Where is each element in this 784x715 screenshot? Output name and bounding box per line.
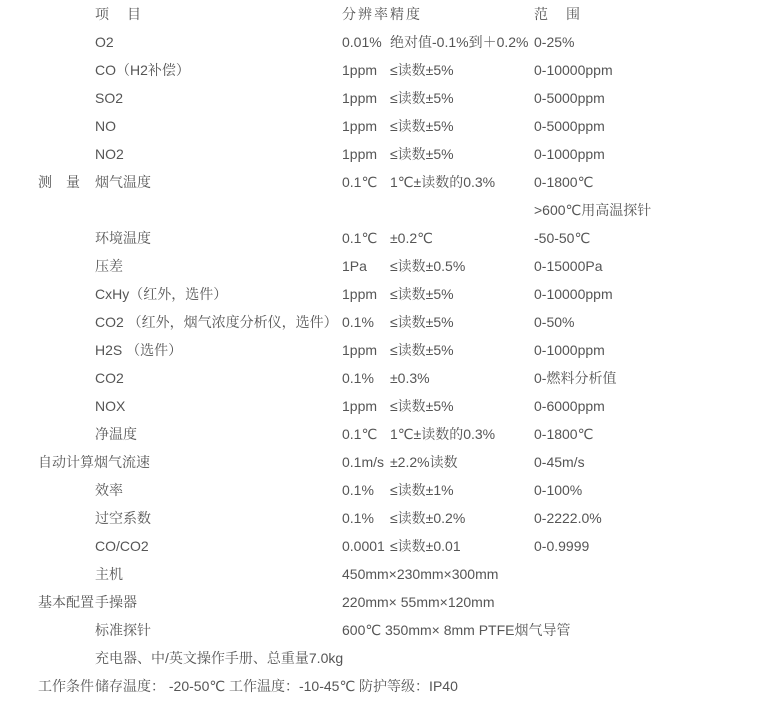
resolution-cell xyxy=(342,196,390,224)
table-row: NO 1ppm ≤读数±5% 0-5000ppm xyxy=(38,112,774,140)
config-item-cell: 手操器 xyxy=(95,588,342,616)
accuracy-cell: 绝对值-0.1%到＋0.2% xyxy=(390,28,534,56)
group-label-cell xyxy=(38,28,95,56)
item-cell: SO2 xyxy=(95,84,342,112)
table-row: 过空系数 0.1% ≤读数±0.2% 0-2222.0% xyxy=(38,504,774,532)
resolution-cell: 0.1m/s xyxy=(342,448,390,476)
item-cell: CxHy（红外，选件） xyxy=(95,280,342,308)
group-label-cell xyxy=(38,140,95,168)
range-cell: 0-15000Pa xyxy=(534,252,774,280)
range-cell: 0-1000ppm xyxy=(534,336,774,364)
range-cell: 0-10000ppm xyxy=(534,280,774,308)
accuracy-cell: ≤读数±5% xyxy=(390,336,534,364)
group-label-basic-config: 基本配置 xyxy=(38,560,95,644)
group-label-working-conditions: 工作条件 xyxy=(38,672,95,700)
config-value-cell: 450mm×230mm×300mm xyxy=(342,560,774,588)
group-label-cell xyxy=(38,224,95,252)
resolution-cell: 0.1% xyxy=(342,364,390,392)
resolution-cell: 0.0001 xyxy=(342,532,390,560)
item-cell: 净温度 xyxy=(95,420,342,448)
config-row: 基本配置 主机 450mm×230mm×300mm xyxy=(38,560,774,588)
item-cell xyxy=(95,196,342,224)
range-cell: 0-45m/s xyxy=(534,448,774,476)
group-label-cell xyxy=(38,0,95,28)
table-row: 环境温度 0.1℃ ±0.2℃ -50-50℃ xyxy=(38,224,774,252)
range-cell: 0-5000ppm xyxy=(534,112,774,140)
group-label-cell xyxy=(38,364,95,392)
range-cell: 0-100% xyxy=(534,476,774,504)
table-row: O2 0.01% 绝对值-0.1%到＋0.2% 0-25% xyxy=(38,28,774,56)
group-label-cell xyxy=(38,476,95,504)
resolution-cell: 0.1℃ xyxy=(342,420,390,448)
table-row: H2S （选件） 1ppm ≤读数±5% 0-1000ppm xyxy=(38,336,774,364)
header-row: 项 目 分辨率 精度 范 围 xyxy=(38,0,774,28)
group-label-cell xyxy=(38,56,95,84)
table-row: CO/CO2 0.0001 ≤读数±0.01 0-0.9999 xyxy=(38,532,774,560)
range-cell: 0-5000ppm xyxy=(534,84,774,112)
resolution-cell: 0.01% xyxy=(342,28,390,56)
table-row: NOX 1ppm ≤读数±5% 0-6000ppm xyxy=(38,392,774,420)
computed-flow-label: 自动计算烟气流速 xyxy=(38,448,342,476)
table-row: NO2 1ppm ≤读数±5% 0-1000ppm xyxy=(38,140,774,168)
config-value-cell: 600℃ 350mm× 8mm PTFE烟气导管 xyxy=(342,616,774,644)
group-label-cell xyxy=(38,392,95,420)
accuracy-cell: ≤读数±5% xyxy=(390,112,534,140)
range-cell: 0-2222.0% xyxy=(534,504,774,532)
table-row: CxHy（红外，选件） 1ppm ≤读数±5% 0-10000ppm xyxy=(38,280,774,308)
group-label-cell xyxy=(38,280,95,308)
table-row: CO2 （红外，烟气浓度分析仪，选件） 0.1% ≤读数±5% 0-50% xyxy=(38,308,774,336)
range-cell: >600℃用高温探针 xyxy=(534,196,774,224)
computed-flow-row: 自动计算烟气流速 0.1m/s ±2.2%读数 0-45m/s xyxy=(38,448,774,476)
accuracy-cell: ≤读数±1% xyxy=(390,476,534,504)
table-row: >600℃用高温探针 xyxy=(38,196,774,224)
resolution-cell: 0.1℃ xyxy=(342,224,390,252)
accuracy-cell: ≤读数±0.5% xyxy=(390,252,534,280)
resolution-cell: 1Pa xyxy=(342,252,390,280)
item-cell: 效率 xyxy=(95,476,342,504)
range-cell: 0-0.9999 xyxy=(534,532,774,560)
group-label-measurement: 测 量 xyxy=(38,168,95,196)
item-cell: CO2 xyxy=(95,364,342,392)
group-label-cell xyxy=(38,532,95,560)
resolution-cell: 1ppm xyxy=(342,84,390,112)
accuracy-cell: ±2.2%读数 xyxy=(390,448,534,476)
resolution-cell: 1ppm xyxy=(342,56,390,84)
item-cell: H2S （选件） xyxy=(95,336,342,364)
resolution-cell: 0.1% xyxy=(342,504,390,532)
range-cell: 0-1000ppm xyxy=(534,140,774,168)
table-row: 测 量 烟气温度 0.1℃ 1℃±读数的0.3% 0-1800℃ xyxy=(38,168,774,196)
accuracy-cell: ≤读数±5% xyxy=(390,308,534,336)
table-row: CO2 0.1% ±0.3% 0-燃料分析值 xyxy=(38,364,774,392)
item-cell: O2 xyxy=(95,28,342,56)
accuracy-cell: 1℃±读数的0.3% xyxy=(390,420,534,448)
resolution-cell: 1ppm xyxy=(342,140,390,168)
resolution-cell: 1ppm xyxy=(342,392,390,420)
item-cell: CO2 （红外，烟气浓度分析仪，选件） xyxy=(95,308,342,336)
accuracy-cell: 1℃±读数的0.3% xyxy=(390,168,534,196)
item-cell: CO/CO2 xyxy=(95,532,342,560)
item-cell: 环境温度 xyxy=(95,224,342,252)
group-label-cell xyxy=(38,84,95,112)
working-conditions-cell: 储存温度： -20-50℃ 工作温度：-10-45℃ 防护等级：IP40 xyxy=(95,672,774,700)
range-cell: 0-1800℃ xyxy=(534,420,774,448)
range-cell: 0-25% xyxy=(534,28,774,56)
range-cell: 0-6000ppm xyxy=(534,392,774,420)
resolution-cell: 0.1% xyxy=(342,308,390,336)
accessories-row: 充电器、中/英文操作手册、总重量7.0kg xyxy=(38,644,774,672)
group-label-cell xyxy=(38,308,95,336)
config-value-cell: 220mm× 55mm×120mm xyxy=(342,588,774,616)
accuracy-cell: ±0.3% xyxy=(390,364,534,392)
config-item-cell: 标准探针 xyxy=(95,616,342,644)
accuracy-cell: ±0.2℃ xyxy=(390,224,534,252)
group-label-cell xyxy=(38,252,95,280)
table-row: 净温度 0.1℃ 1℃±读数的0.3% 0-1800℃ xyxy=(38,420,774,448)
group-label-cell xyxy=(38,504,95,532)
range-cell: -50-50℃ xyxy=(534,224,774,252)
accuracy-cell: ≤读数±0.2% xyxy=(390,504,534,532)
resolution-cell: 1ppm xyxy=(342,336,390,364)
range-cell: 0-50% xyxy=(534,308,774,336)
accuracy-cell: ≤读数±5% xyxy=(390,56,534,84)
group-label-cell xyxy=(38,644,95,672)
group-label-cell xyxy=(38,112,95,140)
group-label-cell xyxy=(38,196,95,224)
item-cell: NOX xyxy=(95,392,342,420)
working-conditions-row: 工作条件 储存温度： -20-50℃ 工作温度：-10-45℃ 防护等级：IP4… xyxy=(38,672,774,700)
item-cell: CO（H2补偿） xyxy=(95,56,342,84)
resolution-cell: 0.1% xyxy=(342,476,390,504)
header-accuracy: 精度 xyxy=(390,0,534,28)
spec-table: 项 目 分辨率 精度 范 围 O2 0.01% 绝对值-0.1%到＋0.2% 0… xyxy=(38,0,774,700)
resolution-cell: 1ppm xyxy=(342,112,390,140)
resolution-cell: 1ppm xyxy=(342,280,390,308)
accuracy-cell: ≤读数±0.01 xyxy=(390,532,534,560)
group-label-cell xyxy=(38,420,95,448)
config-row: 标准探针 600℃ 350mm× 8mm PTFE烟气导管 xyxy=(38,616,774,644)
resolution-cell: 0.1℃ xyxy=(342,168,390,196)
accuracy-cell: ≤读数±5% xyxy=(390,140,534,168)
accessories-cell: 充电器、中/英文操作手册、总重量7.0kg xyxy=(95,644,774,672)
range-cell: 0-1800℃ xyxy=(534,168,774,196)
header-range: 范 围 xyxy=(534,0,774,28)
item-cell: NO2 xyxy=(95,140,342,168)
range-cell: 0-燃料分析值 xyxy=(534,364,774,392)
accuracy-cell xyxy=(390,196,534,224)
table-row: 压差 1Pa ≤读数±0.5% 0-15000Pa xyxy=(38,252,774,280)
table-row: SO2 1ppm ≤读数±5% 0-5000ppm xyxy=(38,84,774,112)
table-row: CO（H2补偿） 1ppm ≤读数±5% 0-10000ppm xyxy=(38,56,774,84)
config-item-cell: 主机 xyxy=(95,560,342,588)
accuracy-cell: ≤读数±5% xyxy=(390,280,534,308)
range-cell: 0-10000ppm xyxy=(534,56,774,84)
table-row: 效率 0.1% ≤读数±1% 0-100% xyxy=(38,476,774,504)
accuracy-cell: ≤读数±5% xyxy=(390,392,534,420)
item-cell: 烟气温度 xyxy=(95,168,342,196)
config-row: 手操器 220mm× 55mm×120mm xyxy=(38,588,774,616)
item-cell: 过空系数 xyxy=(95,504,342,532)
header-item: 项 目 xyxy=(95,0,342,28)
item-cell: 压差 xyxy=(95,252,342,280)
group-label-cell xyxy=(38,336,95,364)
item-cell: NO xyxy=(95,112,342,140)
header-resolution: 分辨率 xyxy=(342,0,390,28)
accuracy-cell: ≤读数±5% xyxy=(390,84,534,112)
